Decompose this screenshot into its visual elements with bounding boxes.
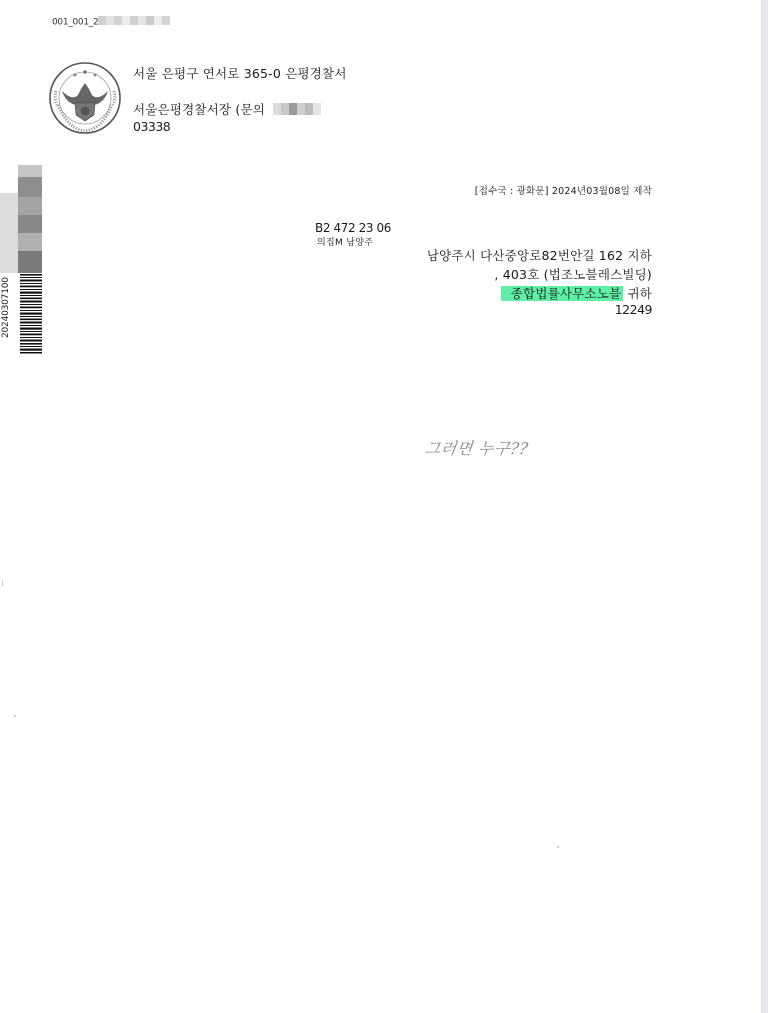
receipt-info: [접수국 : 광화문] 2024년03월08일 제작: [475, 183, 652, 197]
scan-speck: [14, 715, 16, 717]
redacted-phone: [273, 103, 321, 118]
handwritten-note: 그러면 누구??: [423, 436, 530, 459]
document-id: 001_001_2: [52, 16, 170, 28]
barcode-number: 20240307100: [1, 277, 11, 338]
recipient-name-line: 종합법률사무소노블 귀하: [501, 284, 652, 302]
barcode: [20, 274, 42, 354]
routing-code: B2 472 23 06: [315, 221, 391, 235]
recipient-address-line2: , 403호 (법조노블레스빌딩): [494, 265, 652, 283]
document-page: 001_001_2 서울 은평구 연서로 365-0 은평경찰서 서울은평경찰서…: [0, 0, 762, 1013]
sender-name: 서울은평경찰서장 (문의: [133, 100, 321, 118]
scan-speck: [557, 846, 559, 848]
routing-region: 의집M 남양주: [317, 235, 373, 248]
scrollbar[interactable]: [761, 0, 768, 1013]
recipient-name-highlighted: 종합법률사무소노블: [501, 286, 623, 301]
redacted-block: [98, 16, 170, 28]
sender-postal-code: 03338: [133, 119, 170, 134]
police-emblem-icon: [48, 61, 122, 135]
recipient-address-line1: 남양주시 다산중앙로82번안길 162 지하: [427, 246, 652, 264]
sender-address: 서울 은평구 연서로 365-0 은평경찰서: [133, 64, 347, 82]
recipient-postal-code: 12249: [615, 302, 652, 317]
scan-speck: [2, 580, 3, 586]
recipient-honorific: 귀하: [627, 286, 652, 301]
sender-name-text: 서울은평경찰서장 (문의: [133, 102, 265, 117]
document-id-text: 001_001_2: [52, 18, 98, 28]
